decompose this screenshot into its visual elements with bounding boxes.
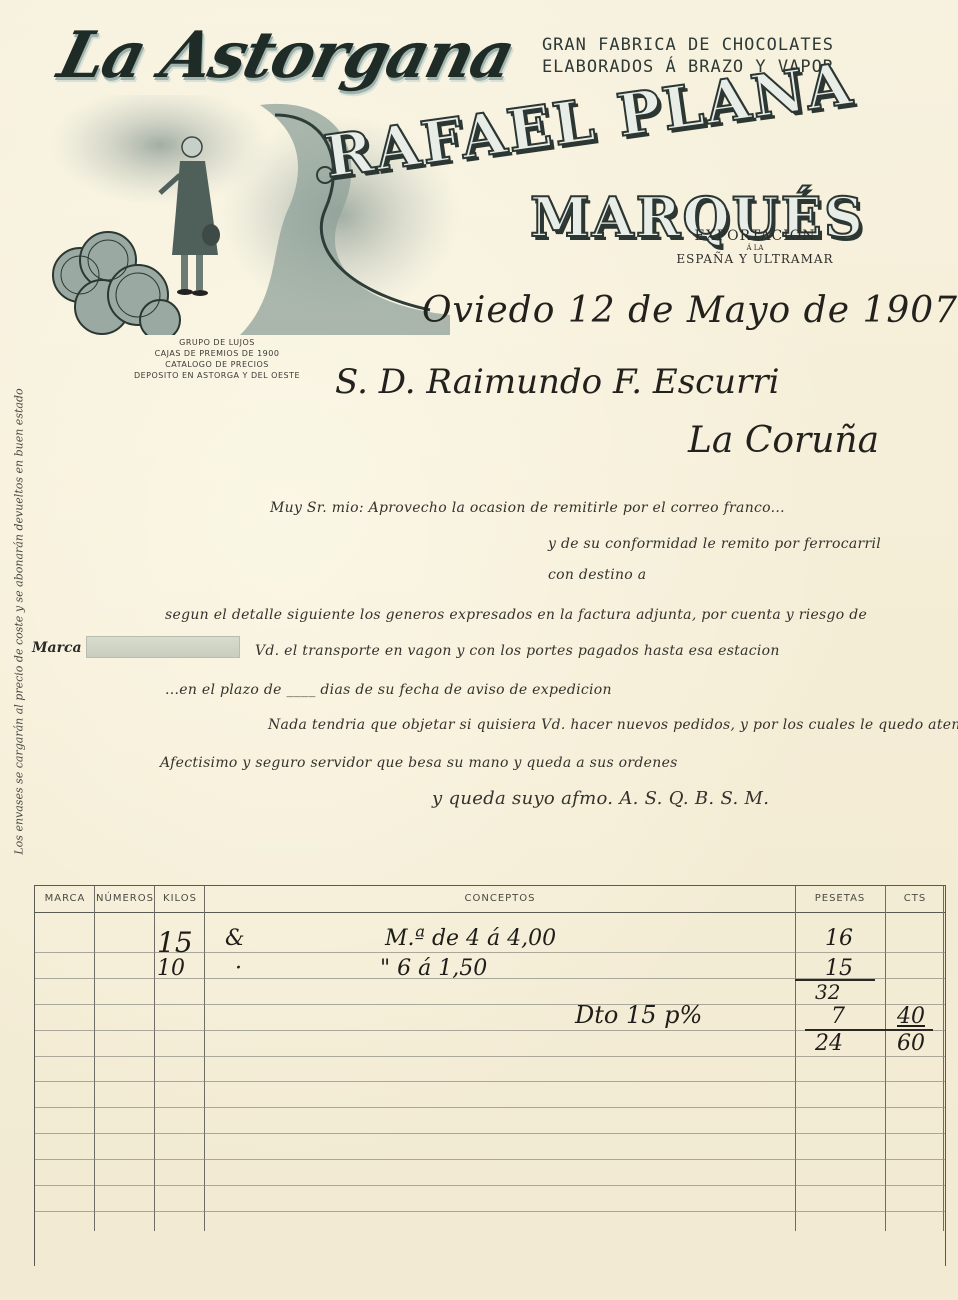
award-line: GRUPO DE LUJOS (112, 337, 322, 348)
row-rule (35, 1185, 945, 1186)
kilos-value: 15 (157, 926, 193, 959)
marca-value: & (225, 926, 245, 951)
body-line: y de su conformidad le remito por ferroc… (548, 536, 881, 552)
body-line: Vd. el transporte en vagon y con los por… (255, 643, 780, 659)
marca-label: Marca (32, 640, 82, 656)
concepto-value: Dto 15 p% (575, 1001, 702, 1029)
header-kilos: KILOS (155, 893, 205, 904)
addressee-city: La Coruña (688, 420, 879, 461)
column-divider (94, 886, 95, 1231)
row-rule (35, 1133, 945, 1134)
award-line: CATALOGO DE PRECIOS (112, 359, 322, 370)
pesetas-value: 32 (815, 980, 840, 1004)
pesetas-value: 15 (825, 956, 853, 981)
column-divider (943, 886, 944, 1231)
addressee-name: S. D. Raimundo F. Escurri (335, 362, 779, 402)
body-line: Nada tendria que objetar si quisiera Vd.… (268, 717, 958, 733)
export-block: EXPORTACION Á LA ESPAÑA Y ULTRAMAR (640, 228, 870, 266)
side-note-text: Los envases se cargarán al precio de cos… (13, 377, 26, 867)
body-line: Muy Sr. mio: Aprovecho la ocasion de rem… (270, 500, 785, 516)
letter-date: Oviedo 12 de Mayo de 1907 (422, 290, 958, 331)
concepto-value: M.ª de 4 á 4,00 (385, 926, 556, 951)
ledger-header: MARCA NÚMEROS KILOS CONCEPTOS PESETAS CT… (35, 886, 945, 913)
header-numeros: NÚMEROS (95, 893, 155, 904)
row-rule (35, 1081, 945, 1082)
award-line: DEPOSITO EN ASTORGA Y DEL OESTE (112, 370, 322, 381)
row-rule (35, 1211, 945, 1212)
header-cts: CTS (885, 893, 945, 904)
award-line: CAJAS DE PREMIOS DE 1900 (112, 348, 322, 359)
side-note: Los envases se cargarán al precio de cos… (4, 380, 24, 870)
total-pesetas: 24 (815, 1031, 843, 1056)
kilos-value: 10 (157, 956, 185, 981)
export-destinations: ESPAÑA Y ULTRAMAR (640, 252, 870, 266)
export-connector: Á LA (640, 244, 870, 252)
cts-value: 40 (897, 1004, 925, 1029)
pesetas-value: 7 (831, 1004, 845, 1029)
header-pesetas: PESETAS (795, 893, 885, 904)
row-rule (35, 1004, 945, 1005)
invoice-ledger: MARCA NÚMEROS KILOS CONCEPTOS PESETAS CT… (34, 885, 946, 1266)
column-divider (204, 886, 205, 1231)
awards-list: GRUPO DE LUJOS CAJAS DE PREMIOS DE 1900 … (112, 337, 322, 381)
body-line: ...en el plazo de ____ dias de su fecha … (165, 682, 612, 698)
total-cts: 60 (897, 1031, 925, 1056)
column-divider (795, 886, 796, 1231)
header-marca: MARCA (35, 893, 95, 904)
row-rule (35, 1056, 945, 1057)
row-rule (35, 1159, 945, 1160)
body-line: segun el detalle siguiente los generos e… (165, 607, 867, 623)
body-line: Afectisimo y seguro servidor que besa su… (160, 755, 678, 771)
tagline-line-1: GRAN FABRICA DE CHOCOLATES (518, 34, 858, 56)
body-line: con destino a (548, 567, 646, 583)
header-conceptos: CONCEPTOS (205, 893, 795, 904)
column-divider (154, 886, 155, 1231)
column-divider (885, 886, 886, 1231)
closing-signature: y queda suyo afmo. A. S. Q. B. S. M. (432, 788, 769, 809)
marca-value: · (235, 956, 242, 981)
concepto-value: " 6 á 1,50 (380, 956, 487, 981)
row-rule (35, 1107, 945, 1108)
marca-stamp-box (86, 636, 240, 658)
pesetas-value: 16 (825, 926, 853, 951)
export-title: EXPORTACION (640, 228, 870, 244)
